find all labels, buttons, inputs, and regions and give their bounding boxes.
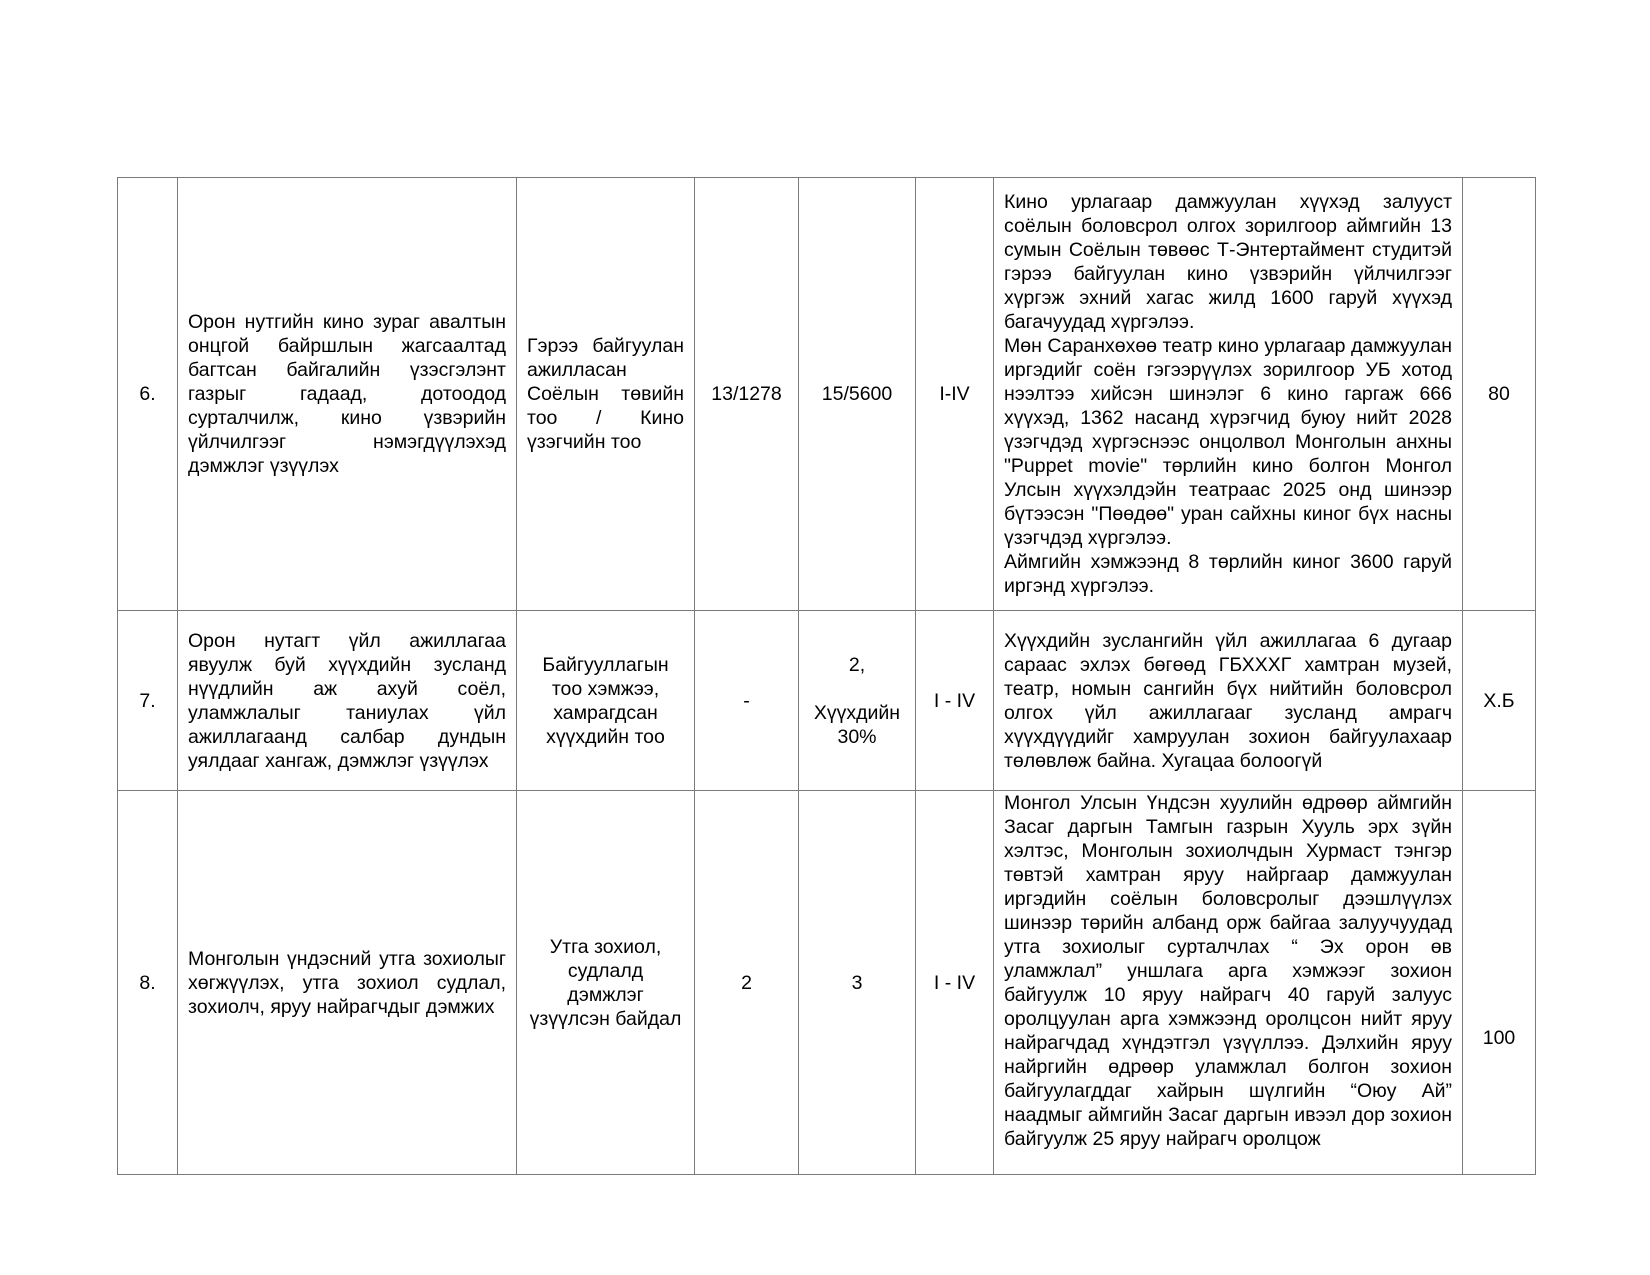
period-cell: I - IV [916,791,994,1175]
target-cell: 2, Хүүхдийн 30% [799,611,916,791]
period-cell: I - IV [916,611,994,791]
indicator-cell: Байгууллагын тоо хэмжээ, хамрагдсан хүүх… [517,611,695,791]
target-line [809,677,905,701]
target-line: 2, [809,653,905,677]
result-paragraph: Кино урлагаар дамжуулан хүүхэд залууст с… [1004,190,1452,334]
row-number: 8. [118,791,178,1175]
result-paragraph: Аймгийн хэмжээнд 8 төрлийн киног 3600 га… [1004,550,1452,598]
baseline-cell: 2 [695,791,799,1175]
target-line: Хүүхдийн [809,701,905,725]
activity-cell: Монголын үндэсний утга зохиолыг хөгжүүлэ… [178,791,517,1175]
row-number: 7. [118,611,178,791]
score-cell: Х.Б [1463,611,1536,791]
score-cell: 100 [1463,791,1536,1175]
target-cell: 15/5600 [799,178,916,611]
table-row: 8. Монголын үндэсний утга зохиолыг хөгжү… [118,791,1536,1175]
row-number: 6. [118,178,178,611]
table-row: 6. Орон нутгийн кино зураг авалтын онцго… [118,178,1536,611]
table-row: 7. Орон нутагт үйл ажиллагаа явуулж буй … [118,611,1536,791]
period-cell: I-IV [916,178,994,611]
indicator-cell: Утга зохиол, судлалд дэмжлэг үзүүлсэн ба… [517,791,695,1175]
activity-cell: Орон нутгийн кино зураг авалтын онцгой б… [178,178,517,611]
result-cell: Монгол Улсын Үндсэн хуулийн өдрөөр аймги… [994,791,1463,1175]
baseline-cell: 13/1278 [695,178,799,611]
result-paragraph: Мөн Саранхөхөө театр кино урлагаар дамжу… [1004,334,1452,550]
result-cell: Кино урлагаар дамжуулан хүүхэд залууст с… [994,178,1463,611]
baseline-cell: - [695,611,799,791]
result-cell: Хүүхдийн зуслангийн үйл ажиллагаа 6 дуга… [994,611,1463,791]
result-paragraph: Хүүхдийн зуслангийн үйл ажиллагаа 6 дуга… [1004,629,1452,773]
indicator-cell: Гэрээ байгуулан ажилласан Соёлын төвийн … [517,178,695,611]
result-paragraph: Монгол Улсын Үндсэн хуулийн өдрөөр аймги… [1004,791,1452,1151]
activity-cell: Орон нутагт үйл ажиллагаа явуулж буй хүү… [178,611,517,791]
report-table: 6. Орон нутгийн кино зураг авалтын онцго… [117,177,1536,1175]
target-cell: 3 [799,791,916,1175]
target-line: 30% [809,725,905,749]
score-cell: 80 [1463,178,1536,611]
